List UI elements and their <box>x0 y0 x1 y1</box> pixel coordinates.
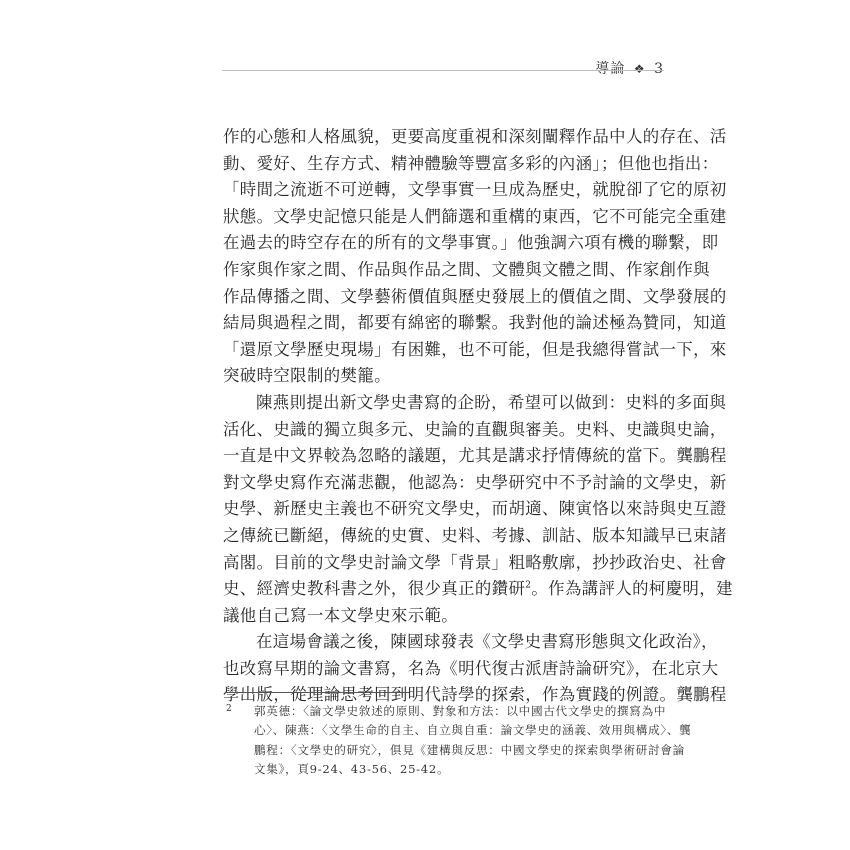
text-line: 作的心態和人格風貌，更要高度重視和深刻闡釋作品中人的存在、活 <box>223 124 667 151</box>
running-head-section: 導論 <box>595 61 625 77</box>
text-segment: 。作為講評人的柯慶明，建 <box>531 579 733 598</box>
text-line-with-footnote: 史、經濟史教科書之外，很少真正的鑽研2。作為講評人的柯慶明，建 <box>223 576 667 603</box>
body-text: 作的心態和人格風貌，更要高度重視和深刻闡釋作品中人的存在、活 動、愛好、生存方式… <box>223 124 667 709</box>
text-line: 議他自己寫一本文學史來示範。 <box>223 603 667 630</box>
text-line: 之傳統已斷絕，傳統的史實、史料、考據、訓詁、版本知識早已束諸 <box>223 523 667 550</box>
text-line: 活化、史識的獨立與多元、史論的直觀與審美。史料、史識與史論， <box>223 417 667 444</box>
book-page: 導論 ❖ 3 作的心態和人格風貌，更要高度重視和深刻闡釋作品中人的存在、活 動、… <box>0 0 850 850</box>
text-line: 狀態。文學史記憶只能是人們篩選和重構的東西，它不可能完全重建 <box>223 204 667 231</box>
text-line: 「時間之流逝不可逆轉，文學事實一旦成為歷史，就脫卻了它的原初 <box>223 177 667 204</box>
text-line: 「還原文學歷史現場」有困難，也不可能，但是我總得嘗試一下，來 <box>223 337 667 364</box>
text-line: 動、愛好、生存方式、精神體驗等豐富多彩的內涵」；但他也指出： <box>223 151 667 178</box>
footnote-line: 文集》，頁9-24、43-56、25-42。 <box>226 760 666 779</box>
text-line: 也改寫早期的論文書寫，名為《明代復古派唐詩論研究》，在北京大 <box>223 656 667 683</box>
footnote-number: 2 <box>226 702 254 717</box>
paragraph-start-line: 陳燕則提出新文學史書寫的企盼，希望可以做到：史料的多面與 <box>223 390 667 417</box>
footnote-rule <box>225 692 409 693</box>
text-line: 在過去的時空存在的所有的文學事實。」他強調六項有機的聯繫，即 <box>223 230 667 257</box>
footnote-line: 鵬程：〈文學史的研究〉，俱見《建構與反思：中國文學史的探索與學術研討會論 <box>226 741 666 760</box>
running-head: 導論 ❖ 3 <box>224 58 664 78</box>
fleuron-icon: ❖ <box>634 62 646 76</box>
text-line: 作家與作家之間、作品與作品之間、文體與文體之間、作家創作與 <box>223 257 667 284</box>
text-line: 一直是中文界較為忽略的議題，尤其是講求抒情傳統的當下。龔鵬程 <box>223 443 667 470</box>
footnote-text: 郭英德：〈論文學史敘述的原則、對象和方法：以中國古代文學史的撰寫為中 <box>254 704 666 718</box>
footnote-line: 2郭英德：〈論文學史敘述的原則、對象和方法：以中國古代文學史的撰寫為中 <box>226 702 666 721</box>
text-line: 突破時空限制的樊籠。 <box>223 363 667 390</box>
header-rule <box>222 70 664 71</box>
text-line: 作品傳播之間、文學藝術價值與歷史發展上的價值之間、文學發展的 <box>223 284 667 311</box>
text-line: 史學、新歷史主義也不研究文學史，而胡適、陳寅恪以來詩與史互證 <box>223 496 667 523</box>
paragraph-start-line: 在這場會議之後，陳國球發表《文學史書寫形態與文化政治》， <box>223 629 667 656</box>
text-line: 結局與過程之間，都要有綿密的聯繫。我對他的論述極為贊同，知道 <box>223 310 667 337</box>
footnotes: 2郭英德：〈論文學史敘述的原則、對象和方法：以中國古代文學史的撰寫為中 心〉、陳… <box>226 702 666 780</box>
text-line: 高閣。目前的文學史討論文學「背景」粗略敷廓，抄抄政治史、社會 <box>223 550 667 577</box>
text-segment: 史、經濟史教科書之外，很少真正的鑽研 <box>223 579 525 598</box>
text-line: 對文學史寫作充滿悲觀，他認為：史學研究中不予討論的文學史，新 <box>223 470 667 497</box>
page-number: 3 <box>654 61 664 77</box>
footnote-line: 心〉、陳燕：〈文學生命的自主、自立與自重：論文學史的涵義、效用與構成〉、龔 <box>226 721 666 740</box>
